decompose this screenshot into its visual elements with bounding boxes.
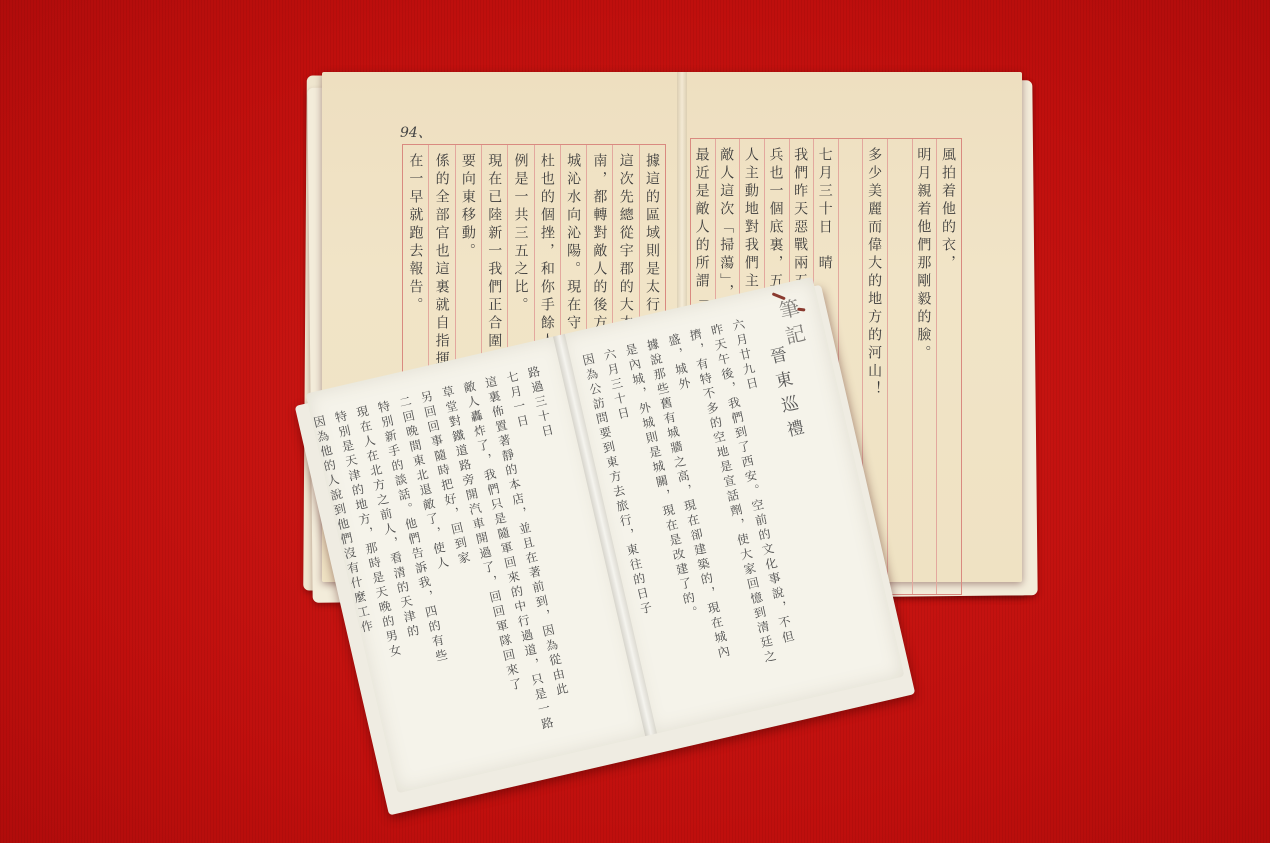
staple-icon xyxy=(772,292,786,300)
manuscript-column xyxy=(887,139,912,594)
page-number: 94、 xyxy=(400,122,432,142)
photo-scene: 94、 據這的區域則是太行與中條 這次先總從宇郡的大本營， 南，都轉對敵人的後方… xyxy=(0,0,1270,843)
manuscript-column: 風拍着他的衣， xyxy=(936,139,961,594)
manuscript-column: 明月親着他們那剛毅的臉。 xyxy=(912,139,937,594)
notebook-title: 筆記 xyxy=(772,296,812,353)
